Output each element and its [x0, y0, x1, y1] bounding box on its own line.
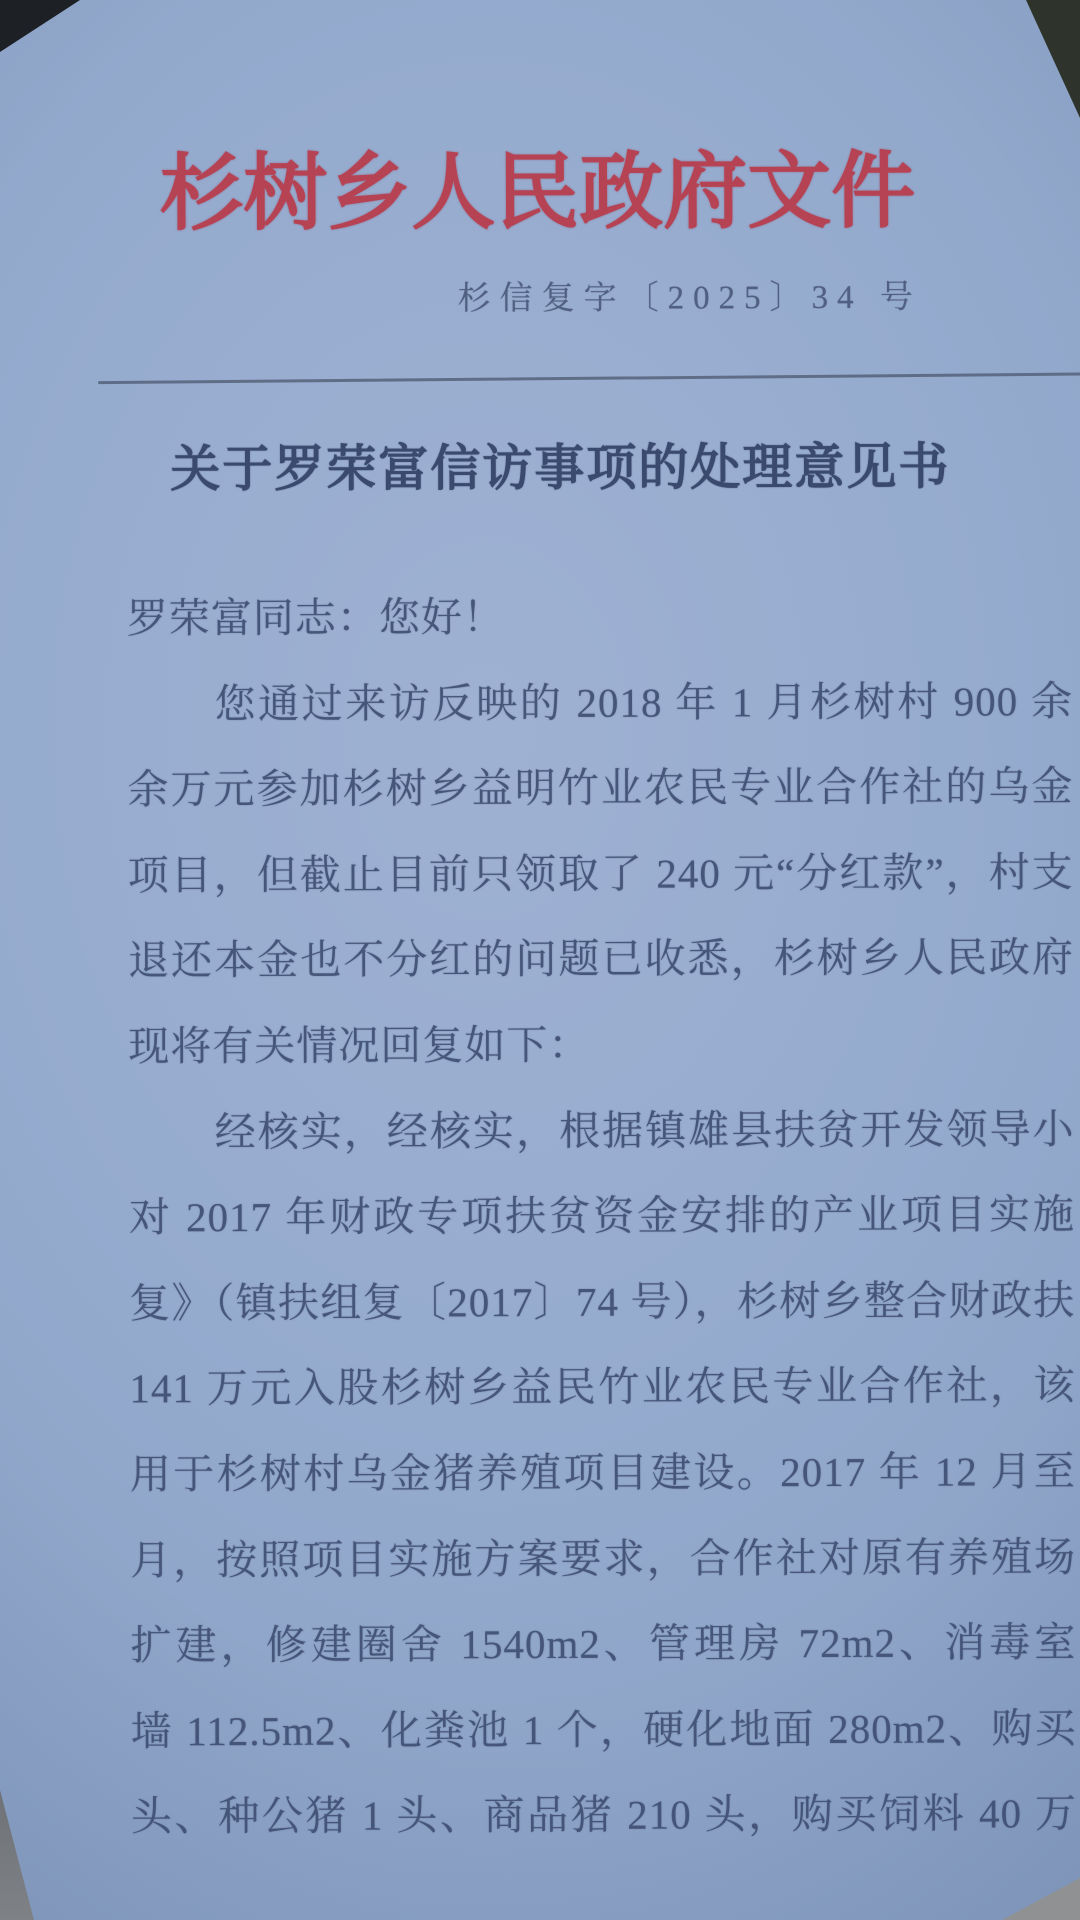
document-number: 杉信复字〔2025〕34 号 — [150, 270, 1080, 321]
body-line: 经核实，经核实，根据镇雄县扶贫开发领导小组《关于 — [128, 1087, 1074, 1176]
body-line: 罗荣富同志：您好！ — [127, 573, 1073, 662]
body-line: 月，按照项目实施方案要求，合作社对原有养殖场进行项目 — [130, 1515, 1076, 1604]
document-title: 关于罗荣富信访事项的处理意见书 — [20, 426, 1080, 502]
document-paper: 杉树乡人民政府文件 杉信复字〔2025〕34 号 关于罗荣富信访事项的处理意见书… — [0, 0, 1080, 1920]
body-line: 您通过来访反映的 2018 年 1 月杉树村 900 余人投资 150 — [127, 659, 1073, 748]
body-line: 项目，但截止目前只领取了 240 元“分红款”，村支书既不 — [128, 830, 1074, 919]
body-line: 复》（镇扶组复〔2017〕74 号），杉树乡整合财政扶持资金 — [129, 1258, 1075, 1347]
body-line: 141 万元入股杉树乡益民竹业农民专业合作社，该扶持资金 — [129, 1343, 1075, 1432]
body-line: 用于杉树村乌金猪养殖项目建设。2017 年 12 月至 2018 年 6 — [130, 1429, 1076, 1518]
body-line: 余万元参加杉树乡益明竹业农民专业合作社的乌金猪养殖 — [127, 744, 1073, 833]
body-line: 扩建，修建圈舍 1540m2、管理房 72m2、消毒室 12m2、围 — [130, 1600, 1076, 1689]
document-masthead: 杉树乡人民政府文件 — [0, 150, 1077, 238]
document-content: 杉树乡人民政府文件 杉信复字〔2025〕34 号 关于罗荣富信访事项的处理意见书… — [0, 0, 1080, 1920]
body-line: 现将有关情况回复如下： — [128, 1001, 1074, 1090]
body-line: 墙 112.5m2、化粪池 1 个，硬化地面 280m2、购买种母猪 65 — [131, 1686, 1077, 1775]
document-body: 罗荣富同志：您好！ 您通过来访反映的 2018 年 1 月杉树村 900 余人投… — [127, 573, 1077, 1860]
body-line: 头、种公猪 1 头、商品猪 210 头，购买饲料 40 万元，合计 — [131, 1771, 1077, 1860]
masthead-divider-line — [98, 373, 1080, 384]
body-line: 退还本金也不分红的问题已收悉，杉树乡人民政府高度重视， — [128, 916, 1074, 1005]
body-line: 对 2017 年财政专项扶贫资金安排的产业项目实施方案的批 — [129, 1172, 1075, 1261]
